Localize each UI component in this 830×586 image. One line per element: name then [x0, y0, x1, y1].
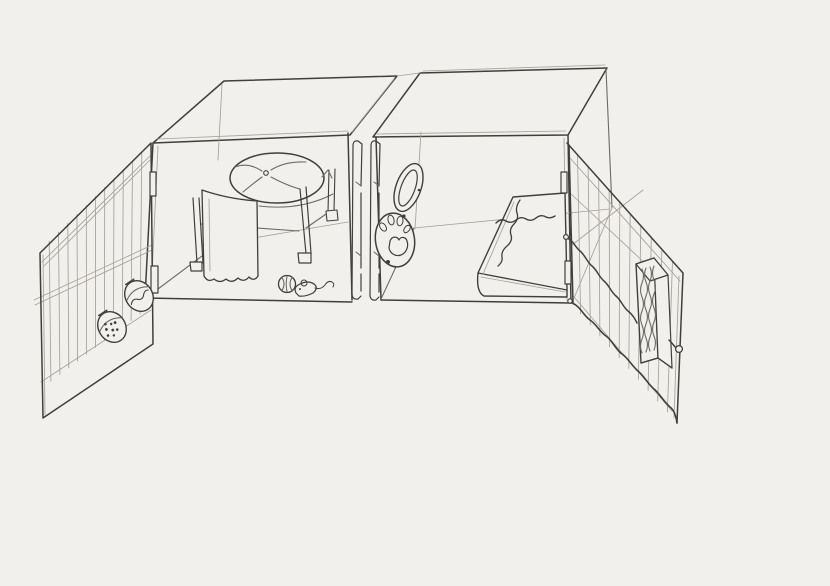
sketch-canvas	[0, 0, 830, 586]
left-door-hinge-bottom	[151, 266, 158, 293]
table-foot-front-right	[298, 253, 311, 263]
left-door-hinge-top	[150, 172, 156, 196]
right-door-hinge-top	[561, 172, 567, 193]
flap-pivot-dot-bottom	[386, 260, 390, 264]
cord-ring-left	[564, 235, 569, 240]
pencil-sketch-pet-crate	[0, 0, 830, 586]
table-foot-back-right	[326, 210, 338, 221]
flap-pivot-dot-top	[402, 214, 405, 217]
hinge-pin-dot	[568, 299, 572, 303]
ring-pin-dot	[418, 189, 421, 192]
mouse-eye	[299, 288, 301, 290]
mesh-panel	[636, 258, 672, 368]
right-door-hinge-bottom	[565, 261, 571, 284]
tufted-cushion	[230, 153, 324, 203]
draped-blanket	[202, 190, 258, 282]
cord-ring-right	[676, 346, 683, 353]
table-foot-front-left	[190, 262, 202, 271]
